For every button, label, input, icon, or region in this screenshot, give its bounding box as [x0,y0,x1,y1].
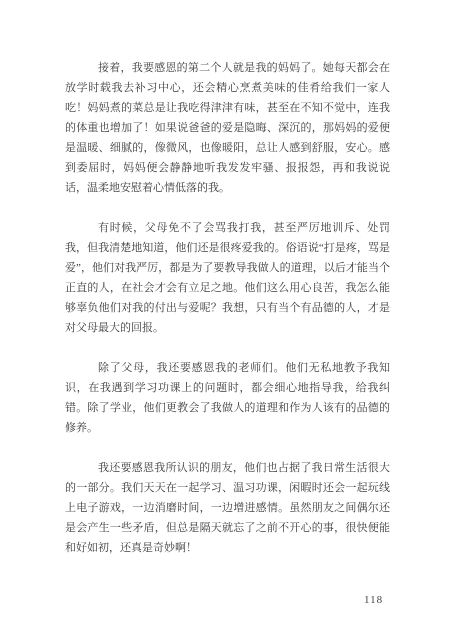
paragraph-parents-discipline: 有时候，父母免不了会骂我打我，甚至严厉地训斥、处罚我，但我清楚地知道，他们还是很… [65,218,390,338]
paragraph-teachers: 除了父母，我还要感恩我的老师们。他们无私地教予我知识，在我遇到学习功课上的问题时… [65,358,390,438]
paragraph-mother: 接着，我要感恩的第二个人就是我的妈妈了。她每天都会在放学时载我去补习中心，还会精… [65,58,390,198]
page-number: 118 [364,594,383,606]
paragraph-friends: 我还要感恩我所认识的朋友，他们也占据了我日常生活很大的一部分。我们天天在一起学习… [65,458,390,558]
document-page: 接着，我要感恩的第二个人就是我的妈妈了。她每天都会在放学时载我去补习中心，还会精… [0,0,450,640]
essay-body: 接着，我要感恩的第二个人就是我的妈妈了。她每天都会在放学时载我去补习中心，还会精… [65,58,390,578]
